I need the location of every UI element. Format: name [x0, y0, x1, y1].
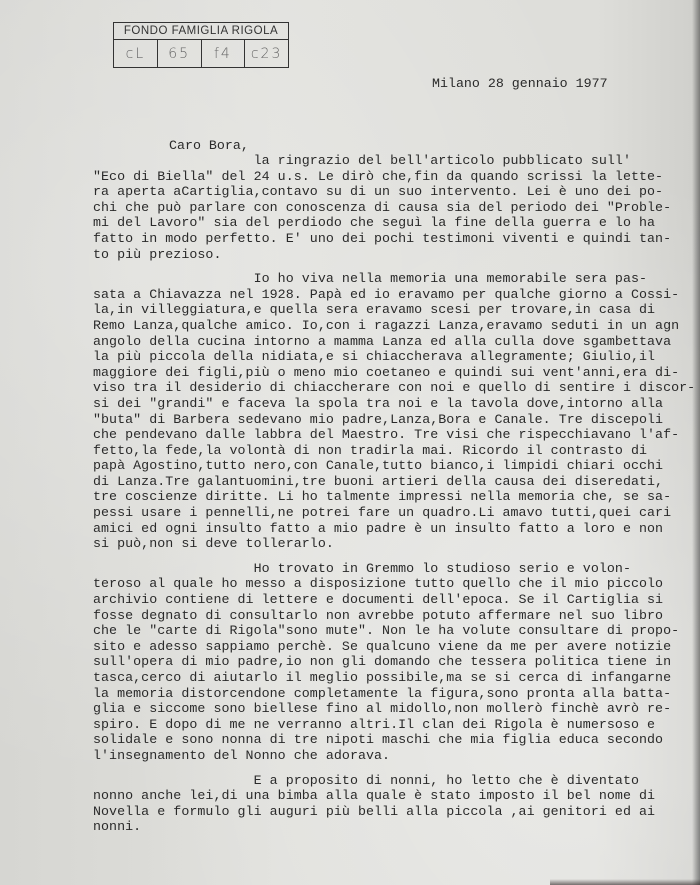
text-line: la,in villeggiatura,e quella sera eravam…: [93, 302, 693, 318]
text-line: glia e siccome sono biellese fino al mid…: [93, 701, 693, 717]
letter-paragraph: la ringrazio del bell'articolo pubblicat…: [93, 153, 693, 262]
text-line: Remo Lanza,qualche amico. Io,con i ragaz…: [93, 318, 693, 334]
letter-paragraph: E a proposito di nonni, ho letto che è d…: [93, 773, 693, 835]
scan-corner-shadow: [550, 879, 700, 885]
letter-body: la ringrazio del bell'articolo pubblicat…: [93, 153, 693, 835]
text-line: tasca,cerco di aiutarlo il meglio possib…: [93, 670, 693, 686]
text-line: sito e adesso sappiamo perchè. Se qualcu…: [93, 639, 693, 655]
stamp-cell-document: c23: [245, 40, 288, 68]
text-line: Ho trovato in Gremmo lo studioso serio e…: [93, 561, 693, 577]
text-line: mi del Lavoro" sia del perdiodo che segu…: [93, 215, 693, 231]
text-line: papà Agostino,tutto nero,con Canale,tutt…: [93, 458, 693, 474]
text-line: spiro. E dopo di me ne verranno altri.Il…: [93, 717, 693, 733]
text-line: si dei "grandi" e faceva la spola tra no…: [93, 396, 693, 412]
paragraph-gap: [93, 764, 693, 773]
text-line: teroso al quale ho messo a disposizione …: [93, 576, 693, 592]
text-line: che pendevano dalle labbra del Maestro. …: [93, 427, 693, 443]
text-line: amici ed ogni insulto fatto a mio padre …: [93, 521, 693, 537]
text-line: la più piccola della nidiata,e si chiacc…: [93, 349, 693, 365]
text-line: nonno anche lei,di una bimba alla quale …: [93, 788, 693, 804]
text-line: tre coscienze diritte. Li ho talmente im…: [93, 489, 693, 505]
scan-edge-shadow: [692, 0, 700, 885]
text-line: che le "carte di Rigola"sono mute". Non …: [93, 623, 693, 639]
text-line: Novella e formulo gli auguri più belli a…: [93, 804, 693, 820]
stamp-cell-folder: f4: [202, 40, 246, 68]
text-line: chi che può parlare con conoscenza di ca…: [93, 200, 693, 216]
text-line: ra aperta aCartiglia,contavo su di un su…: [93, 184, 693, 200]
paragraph-gap: [93, 552, 693, 561]
text-line: Io ho viva nella memoria una memorabile …: [93, 271, 693, 287]
paragraph-gap: [93, 262, 693, 271]
text-line: sull'opera di mio padre,io non gli doman…: [93, 654, 693, 670]
stamp-title: FONDO FAMIGLIA RIGOLA: [114, 23, 288, 40]
text-line: angolo della cucina intorno a mamma Lanz…: [93, 334, 693, 350]
text-line: la ringrazio del bell'articolo pubblicat…: [93, 153, 693, 169]
archive-stamp: FONDO FAMIGLIA RIGOLA cL 65 f4 c23: [113, 22, 289, 68]
text-line: "buta" di Barbera sedevano mio padre,Lan…: [93, 412, 693, 428]
text-line: pessi usare i pennelli,ne potrei fare un…: [93, 505, 693, 521]
text-line: la memoria distorcendone completamente l…: [93, 686, 693, 702]
letter-paragraph: Io ho viva nella memoria una memorabile …: [93, 271, 693, 552]
text-line: to più prezioso.: [93, 247, 693, 263]
text-line: "Eco di Biella" del 24 u.s. Le dirò che,…: [93, 169, 693, 185]
text-line: sata a Chiavazza nel 1928. Papà ed io er…: [93, 287, 693, 303]
stamp-cell-series: cL: [114, 40, 158, 68]
text-line: archivio contiene di lettere e documenti…: [93, 592, 693, 608]
text-line: E a proposito di nonni, ho letto che è d…: [93, 773, 693, 789]
text-line: viso tra il desiderio di chiaccherare co…: [93, 380, 693, 396]
text-line: fetto,la fede,la volontà di non tradirla…: [93, 443, 693, 459]
text-line: fosse degnato di consultarlo non avrebbe…: [93, 608, 693, 624]
letter-paragraph: Ho trovato in Gremmo lo studioso serio e…: [93, 561, 693, 764]
text-line: fatto in modo perfetto. E' uno dei pochi…: [93, 231, 693, 247]
text-line: si può,non si deve tollerarlo.: [93, 536, 693, 552]
text-line: nonni.: [93, 819, 693, 835]
letter-date: Milano 28 gennaio 1977: [432, 76, 608, 91]
letter-salutation: Caro Bora,: [169, 138, 249, 153]
stamp-cells: cL 65 f4 c23: [114, 40, 288, 68]
text-line: maggiore dei figli,più o meno mio coetan…: [93, 365, 693, 381]
text-line: di Lanza.Tre galantuomini,tre buoni arti…: [93, 474, 693, 490]
text-line: solidale e sono nonna di tre nipoti masc…: [93, 732, 693, 748]
text-line: l'insegnamento del Nonno che adorava.: [93, 748, 693, 764]
stamp-cell-number: 65: [158, 40, 202, 68]
